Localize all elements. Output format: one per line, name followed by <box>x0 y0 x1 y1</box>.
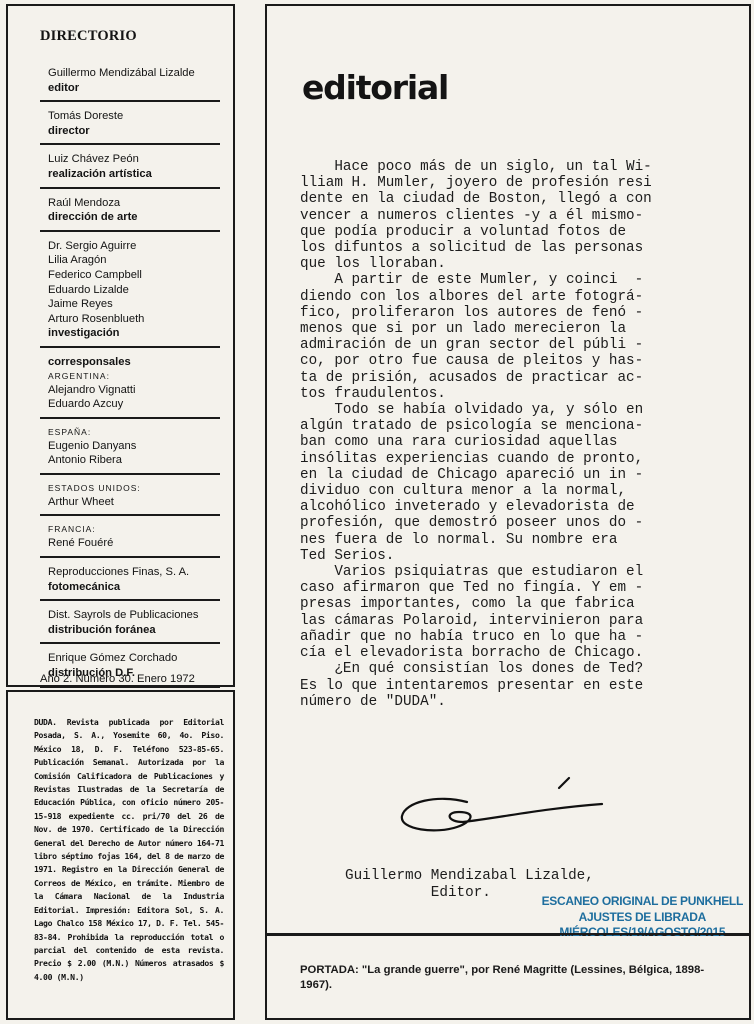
directory-name: Antonio Ribera <box>48 453 220 468</box>
editorial-line: Es lo que intentaremos presentar en este <box>300 678 720 694</box>
watermark-line: ESCANEO ORIGINAL DE PUNKHELL <box>542 894 743 910</box>
directory-name: Jaime Reyes <box>48 297 220 312</box>
directory-role: fotomecánica <box>48 580 220 595</box>
editorial-line: en la ciudad de Chicago apareció un in - <box>300 467 720 483</box>
directory-name: Alejandro Vignatti <box>48 383 220 398</box>
editorial-line: Todo se había olvidado ya, y sólo en <box>300 402 720 418</box>
directory-entry: Tomás Dorestedirector <box>40 107 220 145</box>
editorial-line: vencer a numeros clientes -y a él mismo- <box>300 208 720 224</box>
directory-role: corresponsales <box>48 355 220 370</box>
directory-entry: FRANCIA:René Fouéré <box>40 521 220 558</box>
directory-role: distribución foránea <box>48 623 220 638</box>
editorial-line: admiración de un gran sector del públi - <box>300 337 720 353</box>
directory-entry: Luiz Chávez Peónrealización artística <box>40 150 220 188</box>
editorial-line: los difuntos a solicitud de las personas <box>300 240 720 256</box>
directory-country: ARGENTINA: <box>48 370 220 383</box>
directory-entry: Raúl Mendozadirección de arte <box>40 194 220 232</box>
legal-panel: DUDA. Revista publicada por Editorial Po… <box>6 690 235 1020</box>
editorial-line: ban como una rara curiosidad aquellas <box>300 434 720 450</box>
editorial-line: Hace poco más de un siglo, un tal Wi- <box>300 159 720 175</box>
directory-entry: ESTADOS UNIDOS:Arthur Wheet <box>40 480 220 517</box>
editorial-line: dividuo con cultura menor a la normal, <box>300 483 720 499</box>
directory-role: dirección de arte <box>48 210 220 225</box>
editorial-line: ¿En qué consistían los dones de Ted? <box>300 661 720 677</box>
directory-name: Guillermo Mendizábal Lizalde <box>48 66 220 81</box>
watermark-line: AJUSTES DE LIBRADA <box>542 910 743 926</box>
editorial-line: ta de prisión, acusados de practicar ac- <box>300 370 720 386</box>
editorial-line: que los lloraban. <box>300 256 720 272</box>
directory-name: Eugenio Danyans <box>48 439 220 454</box>
editorial-line: número de "DUDA". <box>300 694 720 710</box>
editorial-line: dente en la ciudad de Boston, llegó a co… <box>300 191 720 207</box>
editorial-line: caso afirmaron que Ted no fingía. Y em - <box>300 580 720 596</box>
directory-entry: Guillermo Mendizábal Lizaldeeditor <box>40 64 220 102</box>
cover-credit-text: PORTADA: "La grande guerre", por René Ma… <box>300 963 730 992</box>
directory-name: Enrique Gómez Corchado <box>48 651 220 666</box>
directory-name: Arturo Rosenblueth <box>48 312 220 327</box>
editorial-line: lliam H. Mumler, joyero de profesión res… <box>300 175 720 191</box>
directory-role: director <box>48 124 220 139</box>
directory-name: Raúl Mendoza <box>48 196 220 211</box>
cover-credit-panel: PORTADA: "La grande guerre", por René Ma… <box>265 933 751 1020</box>
editorial-line: fico, proliferaron los autores de fenó - <box>300 305 720 321</box>
directory-name: Arthur Wheet <box>48 495 220 510</box>
directory-list: Guillermo Mendizábal LizaldeeditorTomás … <box>40 64 220 693</box>
signature-icon <box>397 772 607 842</box>
editorial-line: co, por otro fue causa de pleitos y has- <box>300 353 720 369</box>
directory-name: Luiz Chávez Peón <box>48 152 220 167</box>
editorial-line: presas importantes, como la que fabrica <box>300 596 720 612</box>
editorial-line: Varios psiquiatras que estudiaron el <box>300 564 720 580</box>
editorial-line: que podía producir a voluntad fotos de <box>300 224 720 240</box>
editorial-panel: editorial Hace poco más de un siglo, un … <box>265 4 751 936</box>
directory-title: DIRECTORIO <box>40 28 137 45</box>
directory-name: René Fouéré <box>48 536 220 551</box>
directory-name: Eduardo Azcuy <box>48 397 220 412</box>
editorial-line: A partir de este Mumler, y coinci - <box>300 272 720 288</box>
editorial-body: Hace poco más de un siglo, un tal Wi-lli… <box>300 159 720 710</box>
issue-info: Año 2. Número 30. Enero 1972 <box>40 673 195 685</box>
editorial-line: añadir que no había truco en lo que ha - <box>300 629 720 645</box>
editorial-line: algún tratado de psicología se menciona- <box>300 418 720 434</box>
directory-entry: Reproducciones Finas, S. A.fotomecánica <box>40 563 220 601</box>
editorial-line: tos fraudulentos. <box>300 386 720 402</box>
editorial-line: alcohólico inveterado y elevadorista de <box>300 499 720 515</box>
directory-role: realización artística <box>48 167 220 182</box>
directory-name: Federico Campbell <box>48 268 220 283</box>
directory-panel: DIRECTORIO Guillermo Mendizábal Lizaldee… <box>6 4 235 687</box>
editorial-line: cía el elevadorista borracho de Chicago. <box>300 645 720 661</box>
directory-entry: Dist. Sayrols de Publicacionesdistribuci… <box>40 606 220 644</box>
directory-role: investigación <box>48 326 220 341</box>
editorial-line: Ted Serios. <box>300 548 720 564</box>
editorial-line: las cámaras Polaroid, intervinieron para <box>300 613 720 629</box>
directory-role: editor <box>48 81 220 96</box>
directory-entry: corresponsalesARGENTINA:Alejandro Vignat… <box>40 353 220 419</box>
editorial-line: diendo con los albores del arte fotográ- <box>300 289 720 305</box>
directory-entry: Dr. Sergio AguirreLilia AragónFederico C… <box>40 237 220 348</box>
editorial-line: nes fuera de lo normal. Su nombre era <box>300 532 720 548</box>
directory-country: ESPAÑA: <box>48 426 220 439</box>
directory-name: Tomás Doreste <box>48 109 220 124</box>
editorial-line: insólitas experiencias cuando de pronto, <box>300 451 720 467</box>
directory-country: FRANCIA: <box>48 523 220 536</box>
directory-name: Eduardo Lizalde <box>48 283 220 298</box>
legal-text: DUDA. Revista publicada por Editorial Po… <box>34 716 224 984</box>
editorial-line: menos que si por un lado merecieron la <box>300 321 720 337</box>
directory-entry: ESPAÑA:Eugenio DanyansAntonio Ribera <box>40 424 220 475</box>
directory-name: Reproducciones Finas, S. A. <box>48 565 220 580</box>
directory-name: Dr. Sergio Aguirre <box>48 239 220 254</box>
editorial-line: profesión, que demostró poseer unos do - <box>300 515 720 531</box>
editorial-title: editorial <box>302 68 448 107</box>
directory-name: Lilia Aragón <box>48 253 220 268</box>
signoff-line: Guillermo Mendizabal Lizalde, <box>345 868 594 885</box>
directory-name: Dist. Sayrols de Publicaciones <box>48 608 220 623</box>
directory-country: ESTADOS UNIDOS: <box>48 482 220 495</box>
